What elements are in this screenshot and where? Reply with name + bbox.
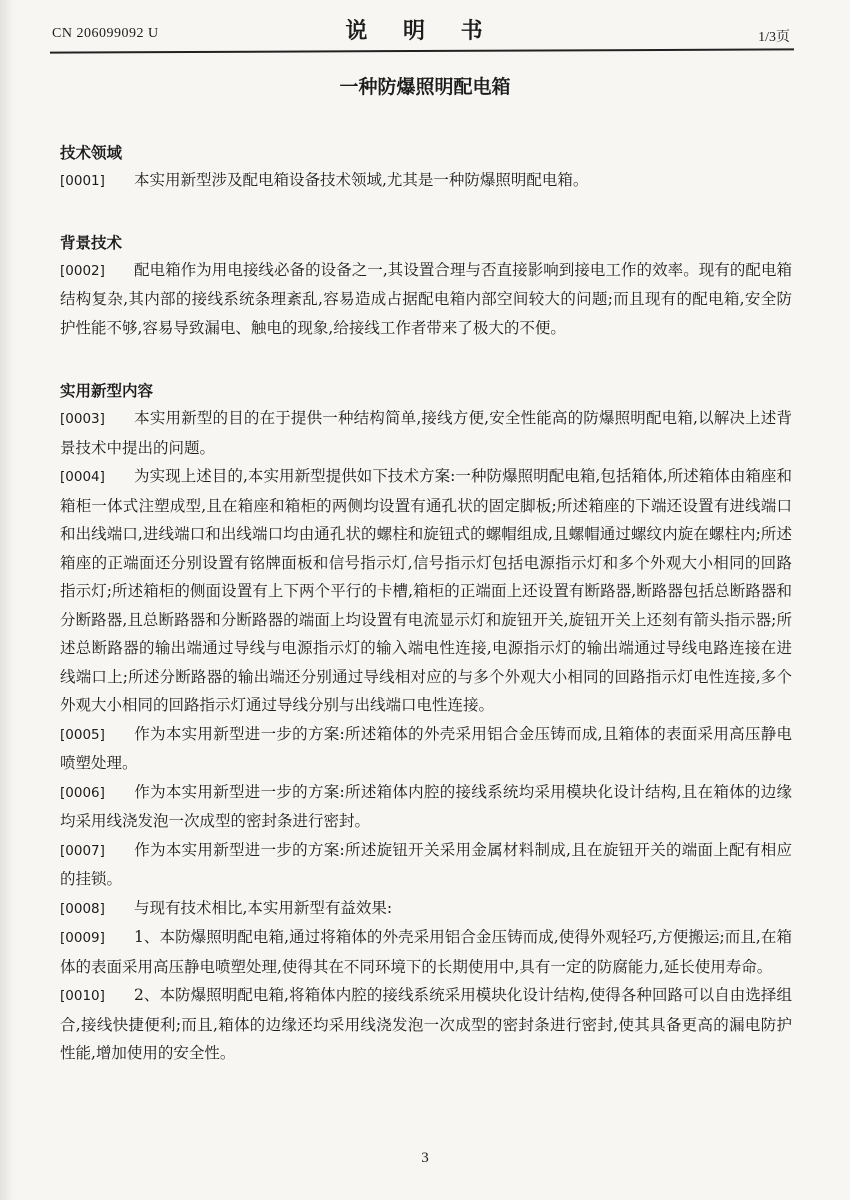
paragraph-number: [0009]: [60, 924, 134, 953]
paragraph-number: [0003]: [60, 405, 134, 434]
document-body: 技术领域 [0001]本实用新型涉及配电箱设备技术领域,尤其是一种防爆照明配电箱…: [60, 140, 792, 1068]
paragraph-number: [0001]: [60, 167, 134, 196]
page-number-footer: 3: [0, 1150, 850, 1167]
paragraph-text: 为实现上述目的,本实用新型提供如下技术方案:一种防爆照明配电箱,包括箱体,所述箱…: [60, 467, 792, 714]
paragraph-0006: [0006]作为本实用新型进一步的方案:所述箱体内腔的接线系统均采用模块化设计结…: [60, 778, 792, 836]
paragraph-0003: [0003]本实用新型的目的在于提供一种结构简单,接线方便,安全性能高的防爆照明…: [60, 404, 792, 462]
paragraph-number: [0006]: [60, 779, 134, 808]
document-page: CN 206099092 U 说 明 书 1/3页 一种防爆照明配电箱 技术领域…: [0, 0, 850, 1200]
paragraph-0008: [0008]与现有技术相比,本实用新型有益效果:: [60, 894, 792, 924]
paragraph-text: 与现有技术相比,本实用新型有益效果:: [134, 899, 392, 917]
paragraph-text: 1、本防爆照明配电箱,通过将箱体的外壳采用铝合金压铸而成,使得外观轻巧,方便搬运…: [60, 928, 792, 976]
paragraph-0009: [0009]1、本防爆照明配电箱,通过将箱体的外壳采用铝合金压铸而成,使得外观轻…: [60, 923, 792, 981]
paragraph-text: 作为本实用新型进一步的方案:所述箱体内腔的接线系统均采用模块化设计结构,且在箱体…: [60, 783, 792, 831]
scan-edge-shadow: [0, 0, 14, 1200]
page-header: CN 206099092 U 说 明 书 1/3页: [52, 12, 790, 48]
header-divider: [50, 48, 794, 53]
paragraph-0004: [0004]为实现上述目的,本实用新型提供如下技术方案:一种防爆照明配电箱,包括…: [60, 462, 792, 720]
paragraph-number: [0005]: [60, 721, 134, 750]
paragraph-0001: [0001]本实用新型涉及配电箱设备技术领域,尤其是一种防爆照明配电箱。: [60, 166, 792, 196]
section-heading-content: 实用新型内容: [60, 378, 792, 404]
document-title: 一种防爆照明配电箱: [0, 72, 850, 99]
doc-type-heading: 说 明 书: [52, 14, 790, 45]
paragraph-0002: [0002]配电箱作为用电接线必备的设备之一,其设置合理与否直接影响到接电工作的…: [60, 256, 792, 343]
paragraph-0010: [0010]2、本防爆照明配电箱,将箱体内腔的接线系统采用模块化设计结构,使得各…: [60, 981, 792, 1068]
paragraph-number: [0007]: [60, 837, 134, 866]
paragraph-text: 作为本实用新型进一步的方案:所述箱体的外壳采用铝合金压铸而成,且箱体的表面采用高…: [60, 725, 792, 773]
paragraph-text: 本实用新型的目的在于提供一种结构简单,接线方便,安全性能高的防爆照明配电箱,以解…: [60, 409, 792, 457]
section-heading-background: 背景技术: [60, 230, 792, 256]
page-indicator: 1/3页: [758, 26, 790, 46]
paragraph-text: 2、本防爆照明配电箱,将箱体内腔的接线系统采用模块化设计结构,使得各种回路可以自…: [60, 986, 792, 1062]
paragraph-text: 作为本实用新型进一步的方案:所述旋钮开关采用金属材料制成,且在旋钮开关的端面上配…: [60, 841, 792, 889]
paragraph-number: [0002]: [60, 257, 134, 286]
paragraph-text: 本实用新型涉及配电箱设备技术领域,尤其是一种防爆照明配电箱。: [134, 171, 588, 189]
section-heading-technical-field: 技术领域: [60, 140, 792, 166]
paragraph-text: 配电箱作为用电接线必备的设备之一,其设置合理与否直接影响到接电工作的效率。现有的…: [60, 261, 792, 337]
paragraph-0007: [0007]作为本实用新型进一步的方案:所述旋钮开关采用金属材料制成,且在旋钮开…: [60, 836, 792, 894]
paragraph-number: [0008]: [60, 895, 134, 924]
paragraph-0005: [0005]作为本实用新型进一步的方案:所述箱体的外壳采用铝合金压铸而成,且箱体…: [60, 720, 792, 778]
paragraph-number: [0004]: [60, 463, 134, 492]
paragraph-number: [0010]: [60, 982, 134, 1011]
